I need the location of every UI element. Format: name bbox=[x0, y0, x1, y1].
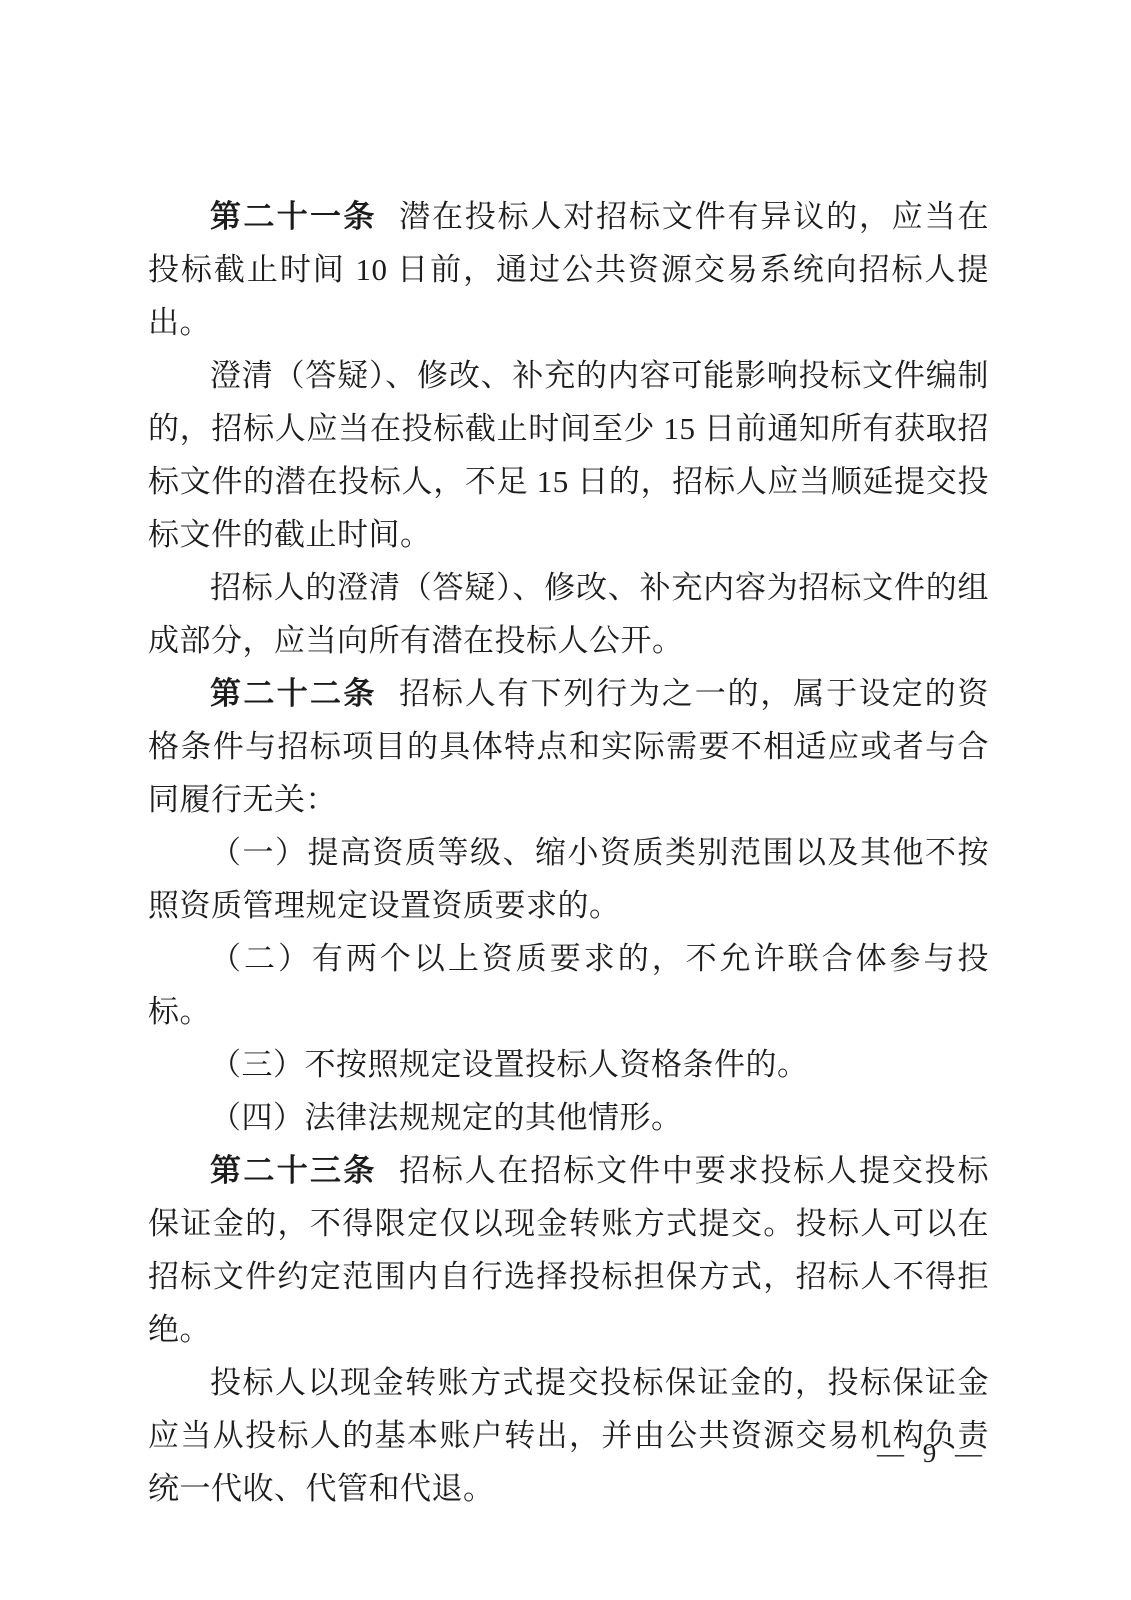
paragraph-text: 投标人以现金转账方式提交投标保证金的，投标保证金应当从投标人的基本账户转出，并由… bbox=[148, 1365, 989, 1506]
paragraph: 招标人的澄清（答疑）、修改、补充内容为招标文件的组成部分，应当向所有潜在投标人公… bbox=[148, 561, 989, 667]
page-number: — 9 — bbox=[877, 1438, 988, 1469]
article-number: 第二十二条 bbox=[210, 676, 377, 711]
paragraph-text: （三）不按照规定设置投标人资格条件的。 bbox=[210, 1047, 809, 1082]
paragraph: 第二十三条招标人在招标文件中要求投标人提交投标保证金的，不得限定仅以现金转账方式… bbox=[148, 1144, 989, 1356]
paragraph: （四）法律法规规定的其他情形。 bbox=[148, 1091, 989, 1144]
article-number: 第二十三条 bbox=[210, 1153, 377, 1188]
paragraph: 澄清（答疑）、修改、补充的内容可能影响投标文件编制的，招标人应当在投标截止时间至… bbox=[148, 349, 989, 561]
paragraph-text: 澄清（答疑）、修改、补充的内容可能影响投标文件编制的，招标人应当在投标截止时间至… bbox=[148, 358, 989, 552]
document-page: 第二十一条潜在投标人对招标文件有异议的，应当在投标截止时间 10 日前，通过公共… bbox=[0, 0, 1131, 1600]
paragraph: 第二十二条招标人有下列行为之一的，属于设定的资格条件与招标项目的具体特点和实际需… bbox=[148, 667, 989, 826]
article-number: 第二十一条 bbox=[210, 199, 377, 234]
paragraph-text: （四）法律法规规定的其他情形。 bbox=[210, 1100, 683, 1135]
paragraph: （二）有两个以上资质要求的，不允许联合体参与投标。 bbox=[148, 932, 989, 1038]
paragraph-text: 招标人的澄清（答疑）、修改、补充内容为招标文件的组成部分，应当向所有潜在投标人公… bbox=[148, 570, 989, 658]
paragraph: 第二十一条潜在投标人对招标文件有异议的，应当在投标截止时间 10 日前，通过公共… bbox=[148, 190, 989, 349]
paragraph-text: （二）有两个以上资质要求的，不允许联合体参与投标。 bbox=[148, 941, 989, 1029]
paragraph: 投标人以现金转账方式提交投标保证金的，投标保证金应当从投标人的基本账户转出，并由… bbox=[148, 1356, 989, 1515]
paragraph: （一）提高资质等级、缩小资质类别范围以及其他不按照资质管理规定设置资质要求的。 bbox=[148, 826, 989, 932]
paragraph-text: （一）提高资质等级、缩小资质类别范围以及其他不按照资质管理规定设置资质要求的。 bbox=[148, 835, 989, 923]
document-content: 第二十一条潜在投标人对招标文件有异议的，应当在投标截止时间 10 日前，通过公共… bbox=[148, 190, 989, 1515]
paragraph: （三）不按照规定设置投标人资格条件的。 bbox=[148, 1038, 989, 1091]
